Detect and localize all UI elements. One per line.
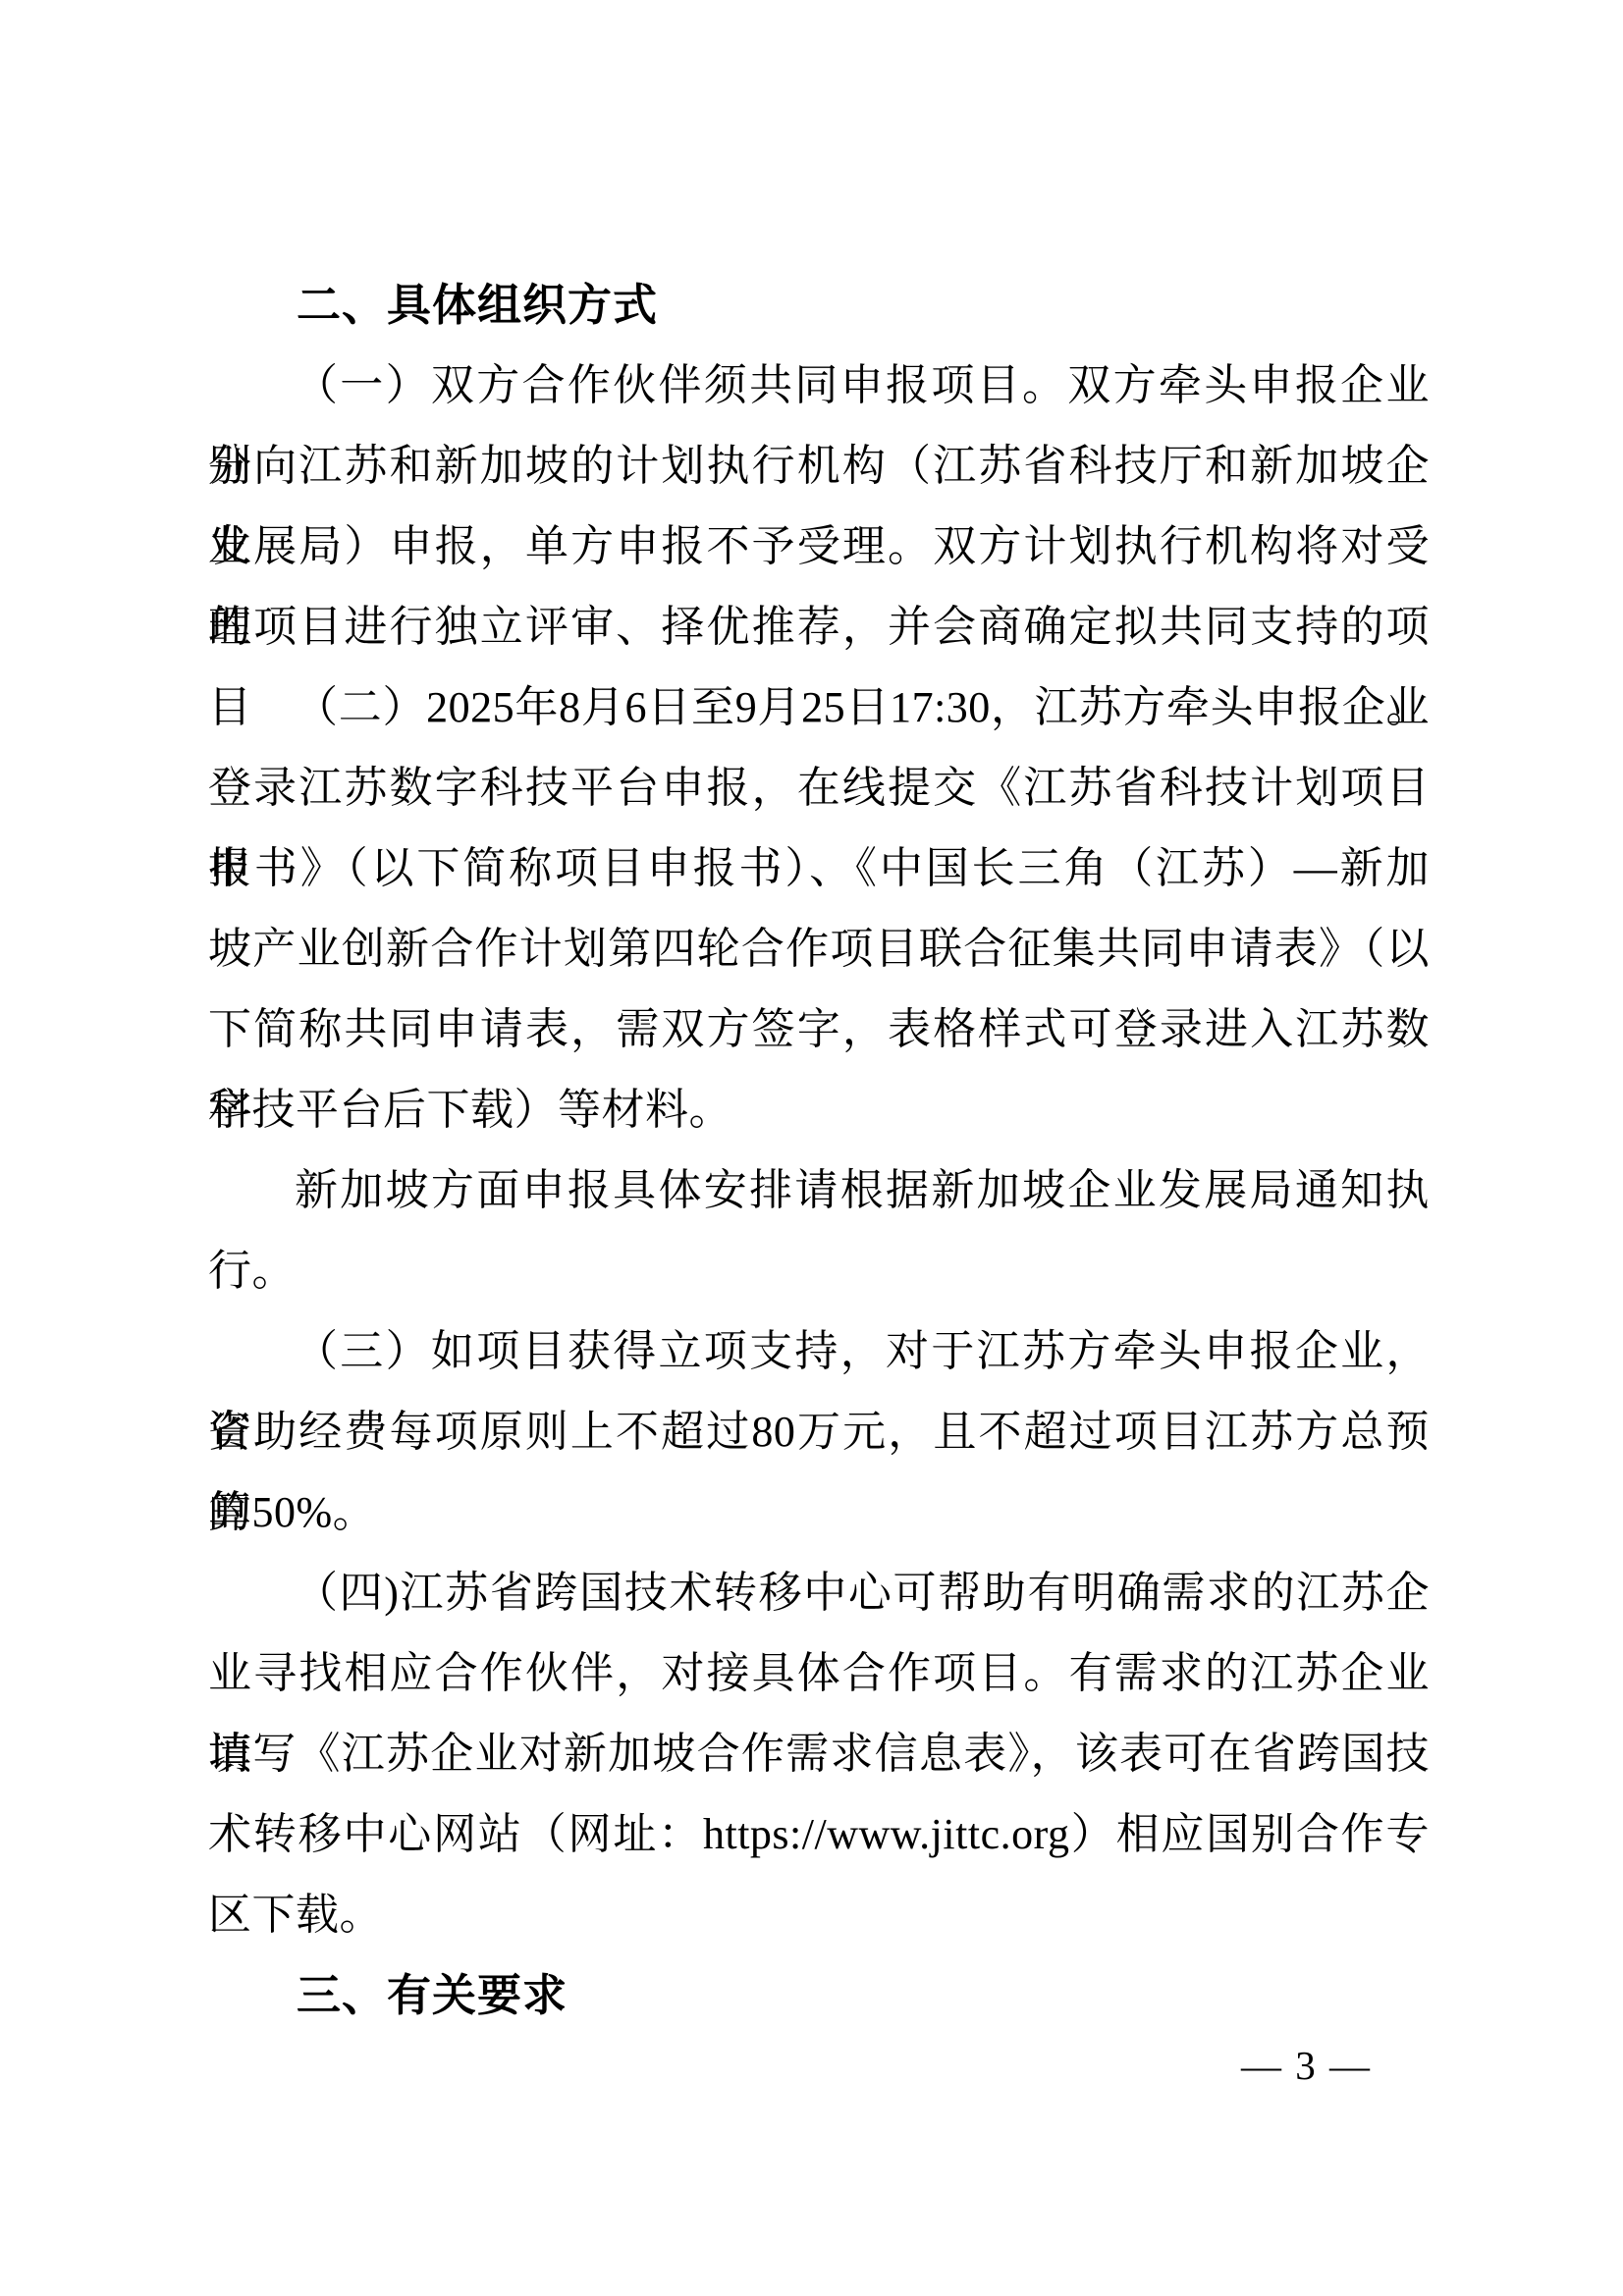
text-line: （一）双方合作伙伴须共同申报项目。双方牵头申报企业分 [208, 346, 1430, 426]
text-line: 登录江苏数字科技平台申报，在线提交《江苏省科技计划项目申 [208, 748, 1430, 828]
text-line: 报书》（以下简称项目申报书）、《中国长三角（江苏）—新加 [208, 828, 1430, 909]
document-page: 二、具体组织方式 （一）双方合作伙伴须共同申报项目。双方牵头申报企业分 别向江苏… [0, 0, 1623, 2296]
text-line: 坡产业创新合作计划第四轮合作项目联合征集共同申请表》（以 [208, 909, 1430, 989]
text-line: （二）2025年8月6日至9月25日17:30，江苏方牵头申报企业 [208, 667, 1430, 748]
section-heading-2: 二、具体组织方式 [208, 265, 1430, 346]
text-line: 别向江苏和新加坡的计划执行机构（江苏省科技厅和新加坡企业 [208, 426, 1430, 507]
section-heading-3: 三、有关要求 [208, 1955, 1430, 2036]
text-line: 术转移中心网站（网址：https://www.jittc.org）相应国别合作专 [208, 1794, 1430, 1875]
text-line: 科技平台后下载）等材料。 [208, 1070, 1430, 1150]
page-number: — 3 — [1241, 2040, 1372, 2091]
text-line: 资助经费每项原则上不超过80万元，且不超过项目江苏方总预算 [208, 1392, 1430, 1472]
text-line: （三）如项目获得立项支持，对于江苏方牵头申报企业，省 [208, 1311, 1430, 1392]
text-line: 的50%。 [208, 1472, 1430, 1553]
text-line: （四)江苏省跨国技术转移中心可帮助有明确需求的江苏企 [208, 1553, 1430, 1633]
text-line: 发展局）申报，单方申报不予受理。双方计划执行机构将对受理 [208, 507, 1430, 587]
text-line: 填写《江苏企业对新加坡合作需求信息表》，该表可在省跨国技 [208, 1714, 1430, 1794]
text-line: 业寻找相应合作伙伴，对接具体合作项目。有需求的江苏企业请 [208, 1633, 1430, 1714]
text-line: 新加坡方面申报具体安排请根据新加坡企业发展局通知执 [208, 1150, 1430, 1231]
document-body: 二、具体组织方式 （一）双方合作伙伴须共同申报项目。双方牵头申报企业分 别向江苏… [208, 265, 1430, 2036]
text-line: 行。 [208, 1231, 1430, 1311]
text-line: 区下载。 [208, 1875, 1430, 1955]
text-line: 的项目进行独立评审、择优推荐，并会商确定拟共同支持的项目。 [208, 587, 1430, 667]
text-line: 下简称共同申请表，需双方签字，表格样式可登录进入江苏数字 [208, 989, 1430, 1070]
